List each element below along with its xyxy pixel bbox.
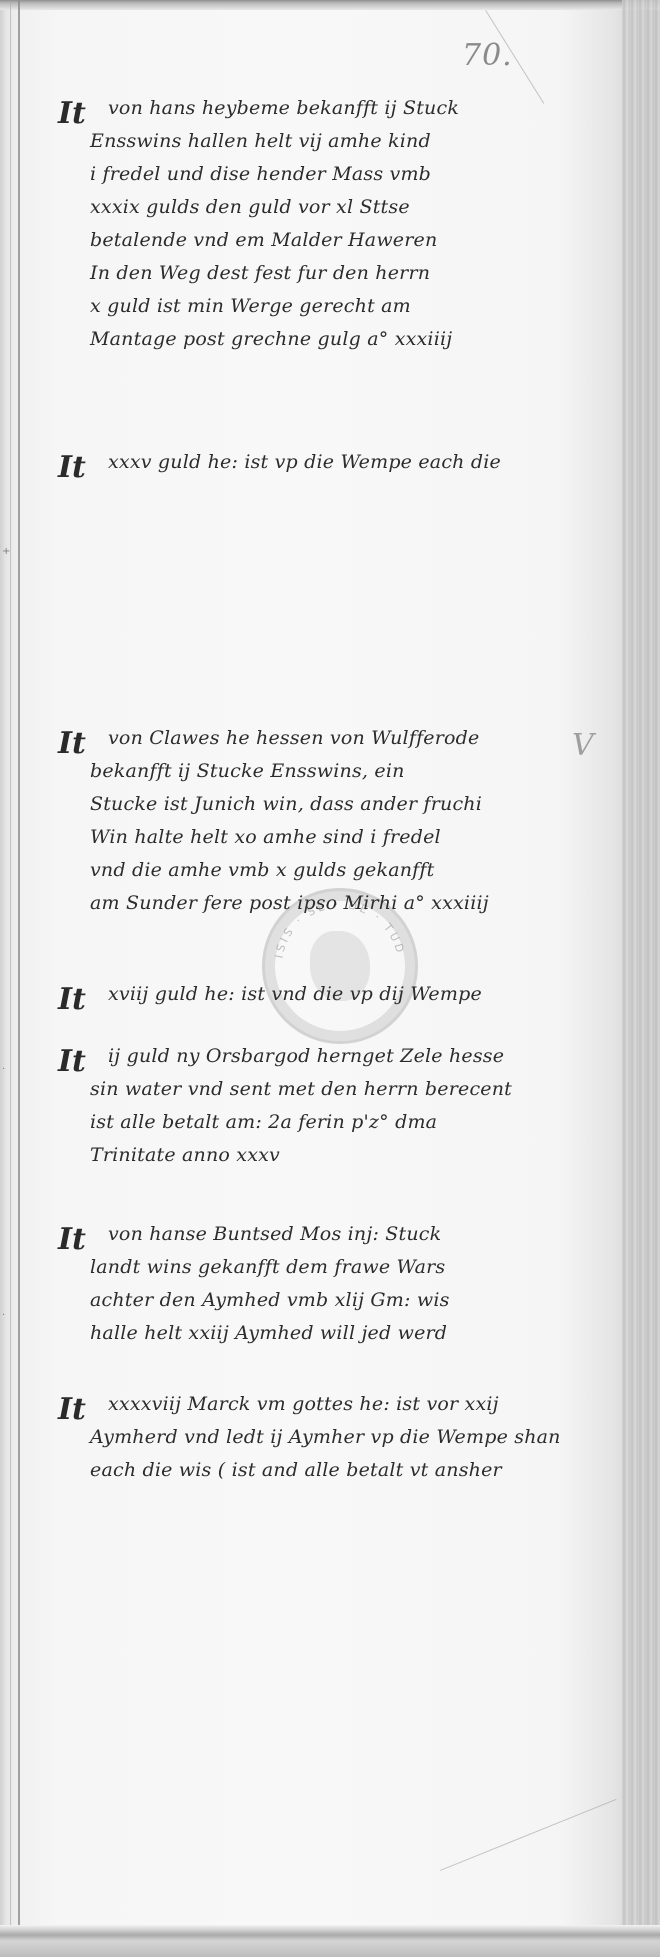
- entry-line: each die wis ( ist and alle betalt vt an…: [58, 1454, 618, 1487]
- binding-gutter-line: [18, 0, 20, 1957]
- entry-line: landt wins gekanfft dem frawe Wars: [58, 1251, 618, 1284]
- entry-line: Trinitate anno xxxv: [58, 1139, 618, 1172]
- entry-line: sin water vnd sent met den herrn berecen…: [58, 1073, 618, 1106]
- entry-line: betalende vnd em Malder Haweren: [58, 224, 618, 257]
- entry-line: bekanfft ij Stucke Ensswins, ein: [58, 755, 618, 788]
- item-marker: It: [58, 1042, 86, 1082]
- fold-crease: [440, 1799, 617, 1871]
- entry-line: ij guld ny Orsbargod hernget Zele hesse: [58, 1040, 618, 1073]
- left-margin-mark: ·: [2, 1064, 5, 1075]
- entry-line: von Clawes he hessen von Wulfferode: [58, 722, 618, 755]
- ledger-entry: It xxxxviij Marck vm gottes he: ist vor …: [58, 1388, 618, 1487]
- ledger-entry: It von hanse Buntsed Mos inj: Stuck land…: [58, 1218, 618, 1350]
- entry-line: vnd die amhe vmb x gulds gekanfft: [58, 854, 618, 887]
- ledger-entry: It ij guld ny Orsbargod hernget Zele hes…: [58, 1040, 618, 1172]
- entry-line: ist alle betalt am: 2a ferin p'z° dma: [58, 1106, 618, 1139]
- page-top-edge: [0, 0, 660, 10]
- entry-line: achter den Aymhed vmb xlij Gm: wis: [58, 1284, 618, 1317]
- item-marker: It: [58, 94, 86, 134]
- entry-line: xxxxviij Marck vm gottes he: ist vor xxi…: [58, 1388, 618, 1421]
- ledger-entry: It von hans heybeme bekanfft ij Stuck En…: [58, 92, 618, 356]
- entry-line: i fredel und dise hender Mass vmb: [58, 158, 618, 191]
- entry-line: Win halte helt xo amhe sind i fredel: [58, 821, 618, 854]
- left-margin-mark: +: [2, 546, 10, 557]
- item-marker: It: [58, 980, 86, 1020]
- item-marker: It: [58, 1390, 86, 1430]
- entry-line: Stucke ist Junich win, dass ander fruchi: [58, 788, 618, 821]
- item-marker: It: [58, 1220, 86, 1260]
- ledger-entry: It von Clawes he hessen von Wulfferode b…: [58, 722, 618, 920]
- item-marker: It: [58, 724, 86, 764]
- manuscript-scan: 70. + · · V ISIS · SE · DE · TUD It von …: [0, 0, 660, 1957]
- folio-number: 70.: [462, 38, 513, 73]
- entry-line: Mantage post grechne gulg a° xxxiiij: [58, 323, 618, 356]
- ledger-entry: It xviij guld he: ist vnd die vp dij Wem…: [58, 978, 618, 1011]
- entry-line: xviij guld he: ist vnd die vp dij Wempe: [58, 978, 618, 1011]
- entry-line: Aymherd vnd ledt ij Aymher vp die Wempe …: [58, 1421, 618, 1454]
- left-margin-mark: ·: [2, 1310, 5, 1321]
- entry-line: Ensswins hallen helt vij amhe kind: [58, 125, 618, 158]
- entry-line: xxxv guld he: ist vp die Wempe each die: [58, 446, 618, 479]
- entry-line: von hans heybeme bekanfft ij Stuck: [58, 92, 618, 125]
- entry-line: xxxix gulds den guld vor xl Sttse: [58, 191, 618, 224]
- ledger-entry: It xxxv guld he: ist vp die Wempe each d…: [58, 446, 618, 479]
- entry-line: In den Weg dest fest fur den herrn: [58, 257, 618, 290]
- page-right-edge: [622, 0, 660, 1957]
- entry-line: halle helt xxiij Aymhed will jed werd: [58, 1317, 618, 1350]
- entry-line: am Sunder fere post ipso Mirhi a° xxxiii…: [58, 887, 618, 920]
- page-bottom-edge: [0, 1925, 660, 1957]
- entry-line: von hanse Buntsed Mos inj: Stuck: [58, 1218, 618, 1251]
- entry-line: x guld ist min Werge gerecht am: [58, 290, 618, 323]
- binding-edge-line: [10, 0, 11, 1957]
- item-marker: It: [58, 448, 86, 488]
